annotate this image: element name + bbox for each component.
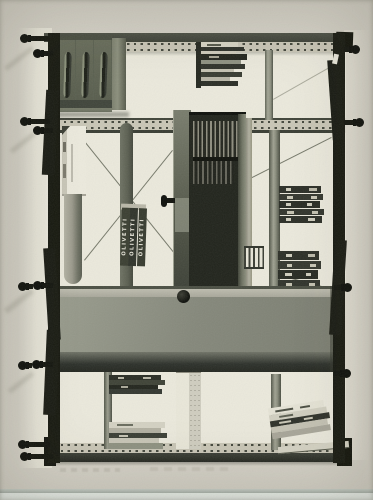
sliding-door-panel [55, 286, 336, 372]
book-spine [279, 186, 321, 193]
binder-label-mark [63, 142, 66, 152]
book-spine [109, 443, 163, 449]
file-folders-row [193, 161, 234, 184]
shelving-unit-photograph: OLIVETTI OLIVETTI OLIVETTI [0, 0, 373, 500]
drawer [58, 40, 75, 100]
olivetti-book-spine: OLIVETTI [136, 208, 146, 266]
door-knob [161, 195, 167, 207]
drawer-unit-shadow [57, 112, 129, 117]
box-side-speckled [189, 372, 201, 449]
binder-corner [62, 126, 70, 135]
panel-bottom-edge [55, 352, 336, 372]
book-spine [278, 251, 319, 260]
book-spine [279, 216, 322, 223]
magazine-stack [201, 42, 247, 86]
trestle-foot [33, 49, 53, 58]
book-stack [109, 375, 165, 394]
white-binder [62, 126, 86, 196]
binder-spine [62, 126, 67, 196]
foot-knob [342, 369, 351, 378]
drawer-handle-slot [81, 52, 90, 98]
book-spine [279, 194, 323, 201]
photo-bottom-strip [0, 493, 373, 500]
trestle-foot [344, 45, 360, 54]
drawer-unit [57, 36, 126, 112]
paper-roll [64, 194, 82, 284]
trestle-foot [20, 34, 50, 43]
drawer [94, 40, 111, 100]
panel-top-strip [55, 289, 336, 298]
book-spine [279, 201, 320, 208]
file-folders-row [193, 121, 238, 157]
binder-label-mark [63, 164, 66, 178]
book-spine [278, 261, 321, 270]
drawer [76, 40, 93, 100]
trestle-foot [334, 283, 352, 292]
wall-highlight-right [344, 30, 370, 460]
box-front [176, 372, 189, 449]
bottom-rail-bar [52, 453, 345, 462]
olivetti-book-stack: OLIVETTI OLIVETTI OLIVETTI [119, 208, 146, 267]
trestle-foot [18, 282, 33, 291]
drawer-handle-slot [63, 52, 72, 98]
book-stack [278, 251, 321, 288]
trestle-foot [33, 281, 53, 290]
trestle-foot [33, 126, 53, 135]
white-storage-box [176, 372, 201, 449]
foot-knob [355, 118, 364, 127]
divider-panel [265, 50, 273, 120]
cabinet-door-highlight [175, 198, 189, 232]
foot-knob [351, 45, 360, 54]
panel-round-knob [177, 290, 190, 303]
drawer-handle-slot [99, 52, 108, 98]
trestle-foot [18, 361, 32, 370]
book-stack [109, 422, 167, 449]
drawer-unit-base [57, 100, 112, 108]
faint-pencil-marks [60, 468, 120, 472]
basket-stripes [244, 248, 264, 267]
trestle-foot [20, 117, 50, 126]
paper-roll [63, 370, 82, 445]
trestle-foot [344, 118, 364, 127]
faint-pencil-marks [150, 467, 230, 471]
panel-face [55, 297, 336, 352]
book-spine [278, 270, 318, 279]
wire-basket [244, 246, 264, 269]
book-spine [201, 81, 238, 86]
trestle-foot [18, 440, 50, 449]
trestle-foot [334, 369, 351, 378]
book-stack [279, 186, 324, 223]
book-spine [279, 209, 324, 216]
drawer-unit-side [112, 38, 126, 110]
rail-shadow [52, 462, 345, 466]
foot-knob [343, 283, 352, 292]
trestle-foot [32, 360, 53, 369]
binder-label-mark [71, 144, 73, 182]
olivetti-spine-text: OLIVETTI [136, 208, 146, 266]
book-spine [109, 389, 162, 394]
trestle-foot [20, 452, 53, 461]
